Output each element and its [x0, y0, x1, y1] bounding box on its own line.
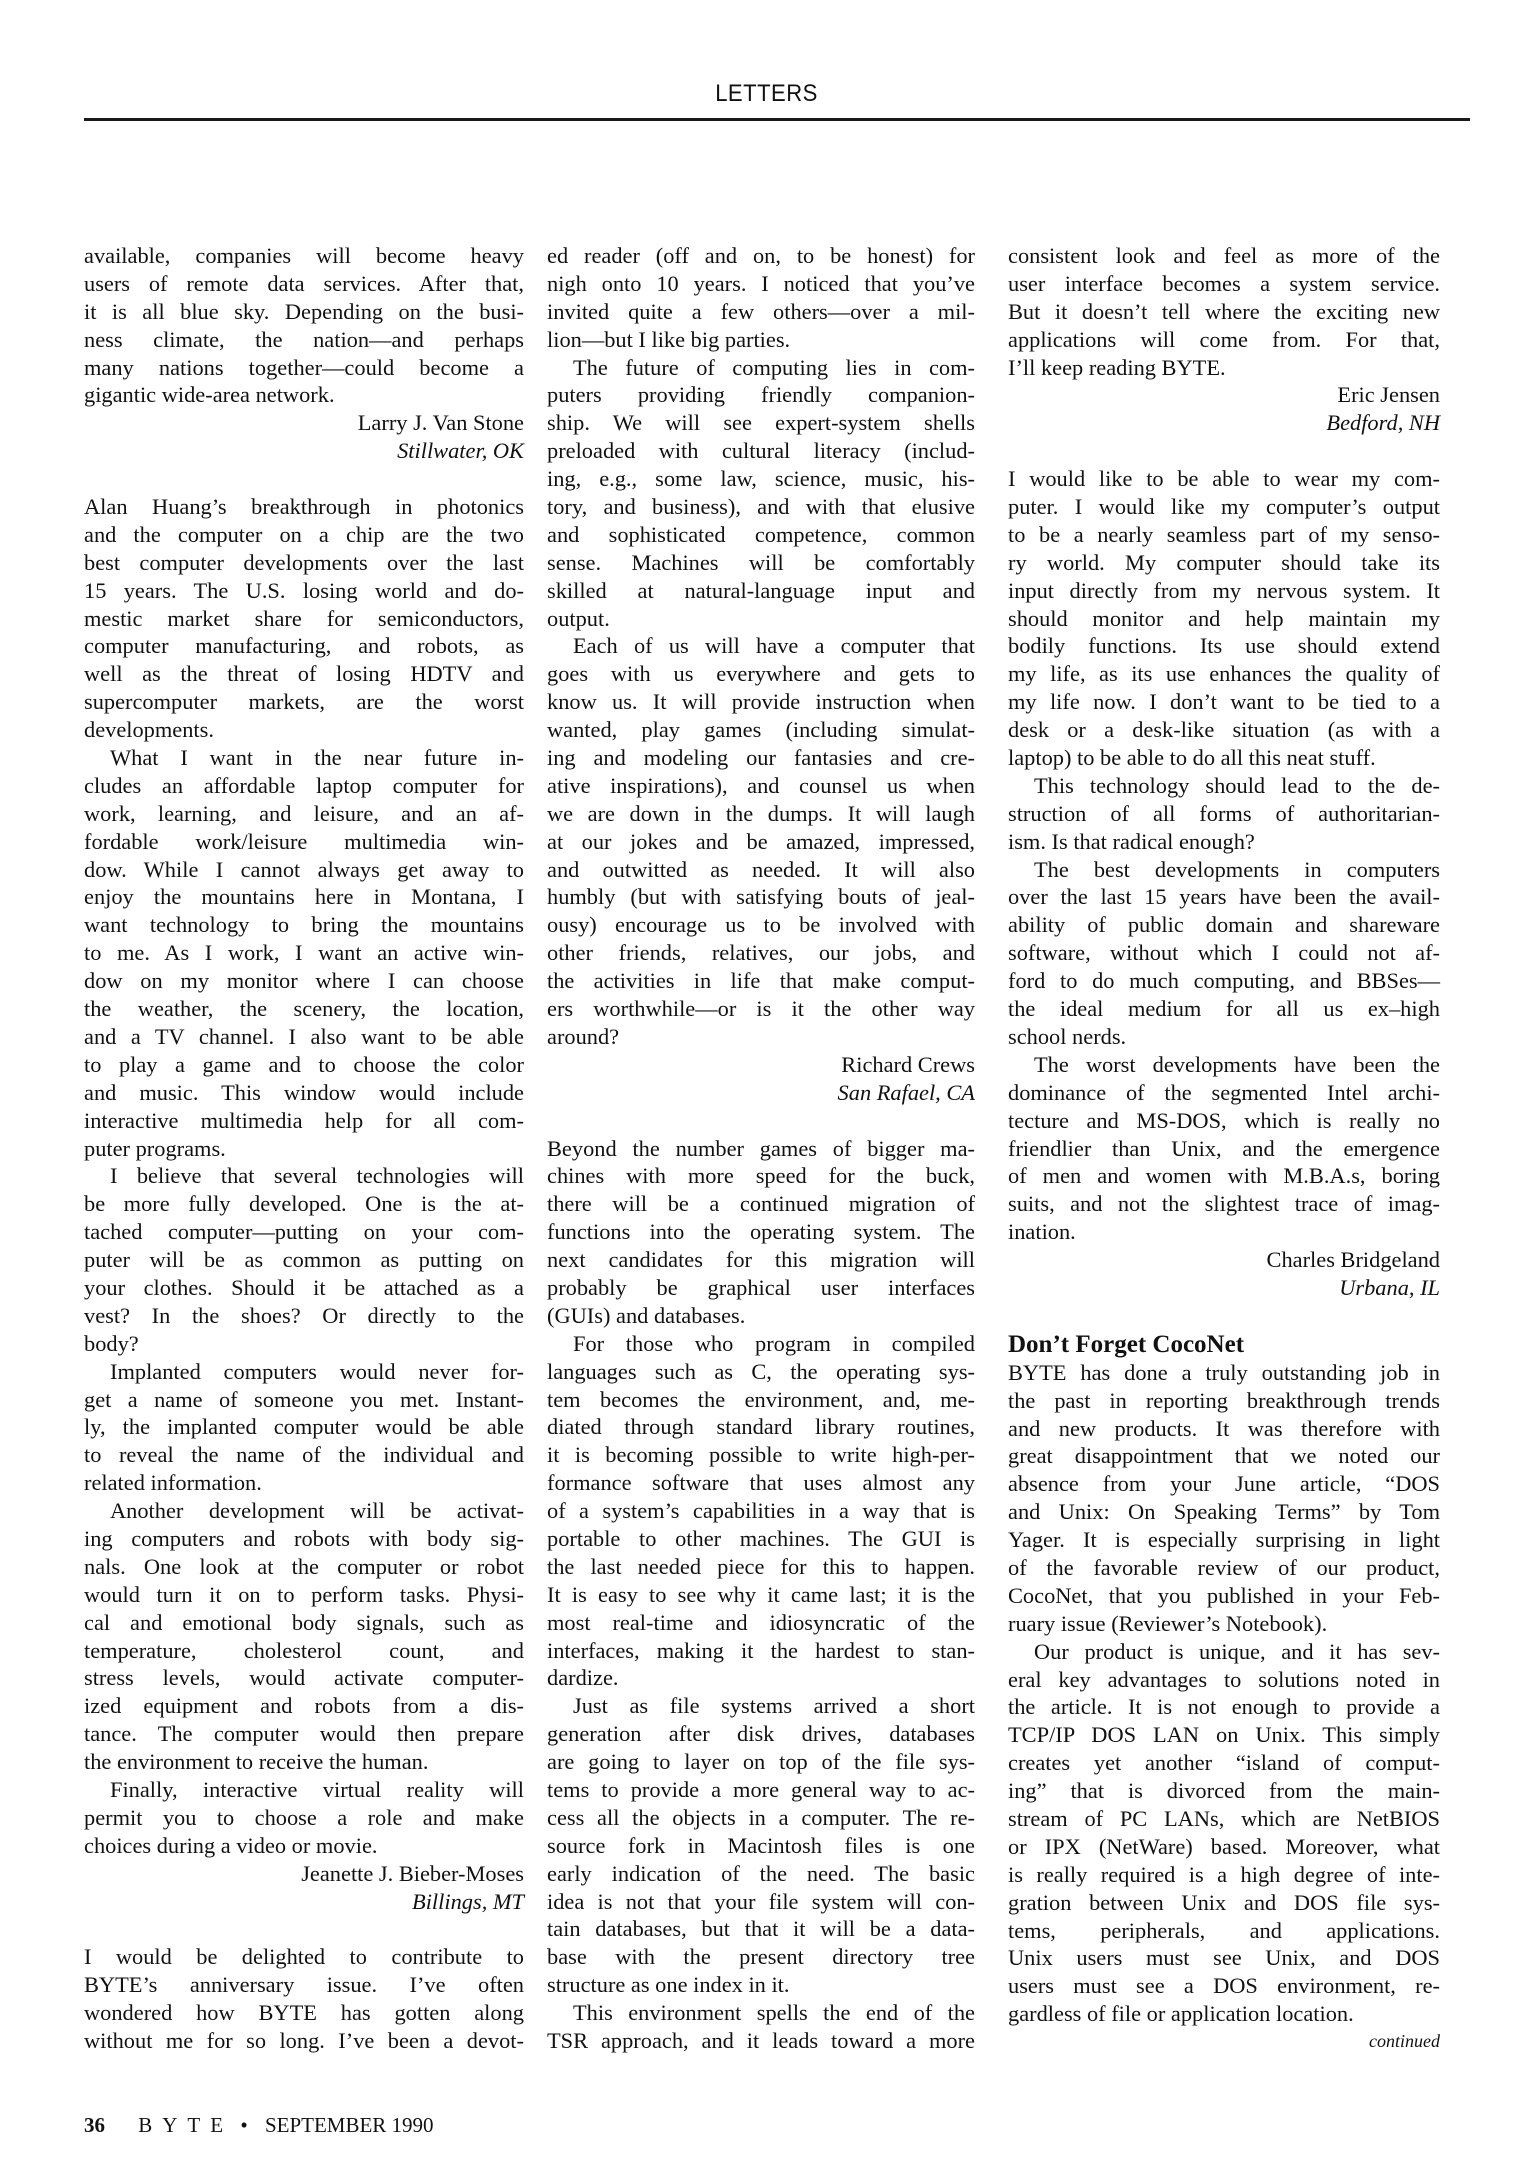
text-line: Another development will be activat-	[84, 1497, 524, 1525]
text-line: It is easy to see why it came last; it i…	[547, 1581, 975, 1609]
text-line: of a system’s capabilities in a way that…	[547, 1497, 975, 1525]
text-line: user interface becomes a system service.	[1008, 270, 1440, 298]
signature-place: Stillwater, OK	[84, 437, 524, 465]
paragraph: Finally, interactive virtual reality wil…	[84, 1776, 524, 1860]
text-line: gardless of file or application location…	[1008, 2000, 1440, 2028]
text-line: input directly from my nervous system. I…	[1008, 577, 1440, 605]
text-line: This technology should lead to the de-	[1008, 772, 1440, 800]
text-line: get a name of someone you met. Instant-	[84, 1386, 524, 1414]
text-line: Our product is unique, and it has sev-	[1008, 1638, 1440, 1666]
signature-place: San Rafael, CA	[547, 1079, 975, 1107]
text-line: related information.	[84, 1469, 524, 1497]
letter-separator	[1008, 1302, 1440, 1330]
text-line: around?	[547, 1023, 975, 1051]
text-line: ing, e.g., some law, science, music, his…	[547, 465, 975, 493]
text-line: dow on my monitor where I can choose	[84, 967, 524, 995]
text-line: struction of all forms of authoritarian-	[1008, 800, 1440, 828]
text-line: next candidates for this migration will	[547, 1246, 975, 1274]
text-line: friendlier than Unix, and the emergence	[1008, 1135, 1440, 1163]
text-line: creates yet another “island of comput-	[1008, 1749, 1440, 1777]
text-line: permit you to choose a role and make	[84, 1804, 524, 1832]
text-line: at our jokes and be amazed, impressed,	[547, 828, 975, 856]
text-line: ed reader (off and on, to be honest) for	[547, 242, 975, 270]
text-line: ing computers and robots with body sig-	[84, 1525, 524, 1553]
paragraph: Beyond the number games of bigger ma-chi…	[547, 1135, 975, 1330]
text-line: is really required is a high degree of i…	[1008, 1861, 1440, 1889]
paragraph: Another development will be activat-ing …	[84, 1497, 524, 1776]
text-line: probably be graphical user interfaces	[547, 1274, 975, 1302]
text-line: other friends, relatives, our jobs, and	[547, 939, 975, 967]
text-line: software, without which I could not af-	[1008, 939, 1440, 967]
text-line: ination.	[1008, 1218, 1440, 1246]
text-line: sense. Machines will be comfortably	[547, 549, 975, 577]
text-line: stress levels, would activate computer-	[84, 1664, 524, 1692]
text-line: know us. It will provide instruction whe…	[547, 688, 975, 716]
text-line: temperature, cholesterol count, and	[84, 1637, 524, 1665]
text-line: tem becomes the environment, and, me-	[547, 1386, 975, 1414]
page-number: 36	[84, 2113, 105, 2137]
text-line: the environment to receive the human.	[84, 1748, 524, 1776]
text-line: supercomputer markets, are the worst	[84, 688, 524, 716]
text-line: early indication of the need. The basic	[547, 1860, 975, 1888]
paragraph: BYTE has done a truly outstanding job in…	[1008, 1359, 1440, 1638]
text-line: well as the threat of losing HDTV and	[84, 660, 524, 688]
text-line: Each of us will have a computer that	[547, 632, 975, 660]
signature-place: Bedford, NH	[1008, 409, 1440, 437]
column-2: ed reader (off and on, to be honest) for…	[547, 242, 975, 2055]
text-line: the weather, the scenery, the location,	[84, 995, 524, 1023]
text-line: puters providing friendly companion-	[547, 381, 975, 409]
text-line: Beyond the number games of bigger ma-	[547, 1135, 975, 1163]
text-line: developments.	[84, 716, 524, 744]
paragraph: ed reader (off and on, to be honest) for…	[547, 242, 975, 354]
text-line: your clothes. Should it be attached as a	[84, 1274, 524, 1302]
text-line: we are down in the dumps. It will laugh	[547, 800, 975, 828]
text-line: portable to other machines. The GUI is	[547, 1525, 975, 1553]
paragraph: The future of computing lies in com-pute…	[547, 354, 975, 633]
text-line: puter will be as common as putting on	[84, 1246, 524, 1274]
text-line: stream of PC LANs, which are NetBIOS	[1008, 1805, 1440, 1833]
text-line: tems to provide a more general way to ac…	[547, 1776, 975, 1804]
text-line: without me for so long. I’ve been a devo…	[84, 2027, 524, 2055]
letter-separator	[84, 465, 524, 493]
text-line: users of remote data services. After tha…	[84, 270, 524, 298]
paragraph: Just as file systems arrived a shortgene…	[547, 1692, 975, 1999]
header-rule	[84, 118, 1470, 121]
text-line: The future of computing lies in com-	[547, 354, 975, 382]
paragraph: Our product is unique, and it has sev-er…	[1008, 1638, 1440, 2028]
text-line: output.	[547, 605, 975, 633]
text-line: humbly (but with satisfying bouts of jea…	[547, 883, 975, 911]
text-line: to be a nearly seamless part of my senso…	[1008, 521, 1440, 549]
text-line: I believe that several technologies will	[84, 1162, 524, 1190]
text-line: ability of public domain and shareware	[1008, 911, 1440, 939]
text-line: tecture and MS-DOS, which is really no	[1008, 1107, 1440, 1135]
text-line: available, companies will become heavy	[84, 242, 524, 270]
text-line: Just as file systems arrived a short	[547, 1692, 975, 1720]
text-line: TCP/IP DOS LAN on Unix. This simply	[1008, 1721, 1440, 1749]
text-line: tory, and business), and with that elusi…	[547, 493, 975, 521]
text-line: ford to do much computing, and BBSes—	[1008, 967, 1440, 995]
text-line: to me. As I work, I want an active win-	[84, 939, 524, 967]
text-line: to reveal the name of the individual and	[84, 1441, 524, 1469]
text-line: my life, as its use enhances the quality…	[1008, 660, 1440, 688]
text-line: of men and women with M.B.A.s, boring	[1008, 1162, 1440, 1190]
continued-marker: continued	[1008, 2028, 1440, 2054]
text-line: languages such as C, the operating sys-	[547, 1358, 975, 1386]
text-line: tached computer—putting on your com-	[84, 1218, 524, 1246]
text-line: source fork in Macintosh files is one	[547, 1832, 975, 1860]
text-line: wondered how BYTE has gotten along	[84, 1999, 524, 2027]
paragraph: For those who program in compiledlanguag…	[547, 1330, 975, 1693]
text-line: I would like to be able to wear my com-	[1008, 465, 1440, 493]
text-line: the article. It is not enough to provide…	[1008, 1693, 1440, 1721]
text-line: tain databases, but that it will be a da…	[547, 1915, 975, 1943]
text-line: choices during a video or movie.	[84, 1832, 524, 1860]
text-line: puter. I would like my computer’s output	[1008, 493, 1440, 521]
signature-name: Richard Crews	[547, 1051, 975, 1079]
text-line: But it doesn’t tell where the exciting n…	[1008, 298, 1440, 326]
text-line: and new products. It was therefore with	[1008, 1415, 1440, 1443]
text-line: the ideal medium for all us ex–high	[1008, 995, 1440, 1023]
issue-date: SEPTEMBER 1990	[265, 2113, 434, 2137]
text-line: bodily functions. Its use should extend	[1008, 632, 1440, 660]
signature-place: Billings, MT	[84, 1888, 524, 1916]
signature-place: Urbana, IL	[1008, 1274, 1440, 1302]
text-line: nals. One look at the computer or robot	[84, 1553, 524, 1581]
text-line: eral key advantages to solutions noted i…	[1008, 1666, 1440, 1694]
letter-separator	[547, 1107, 975, 1135]
text-line: Alan Huang’s breakthrough in photonics	[84, 493, 524, 521]
text-line: diated through standard library routines…	[547, 1413, 975, 1441]
text-line: chines with more speed for the buck,	[547, 1162, 975, 1190]
text-line: goes with us everywhere and gets to	[547, 660, 975, 688]
text-line: my life now. I don’t want to be tied to …	[1008, 688, 1440, 716]
column-1: available, companies will become heavyus…	[84, 242, 524, 2055]
text-line: are going to layer on top of the file sy…	[547, 1748, 975, 1776]
text-line: to play a game and to choose the color	[84, 1051, 524, 1079]
text-line: dardize.	[547, 1664, 975, 1692]
text-line: dow. While I cannot always get away to	[84, 856, 524, 884]
text-line: The worst developments have been the	[1008, 1051, 1440, 1079]
letter-headline: Don’t Forget CocoNet	[1008, 1330, 1440, 1359]
text-line: and sophisticated competence, common	[547, 521, 975, 549]
text-line: Finally, interactive virtual reality wil…	[84, 1776, 524, 1804]
text-line: ship. We will see expert-system shells	[547, 409, 975, 437]
text-line: generation after disk drives, databases	[547, 1720, 975, 1748]
text-line: Unix users must see Unix, and DOS	[1008, 1944, 1440, 1972]
text-line: skilled at natural-language input and	[547, 577, 975, 605]
text-line: the activities in life that make comput-	[547, 967, 975, 995]
text-line: many nations together—could become a	[84, 354, 524, 382]
text-line: TSR approach, and it leads toward a more	[547, 2027, 975, 2055]
text-line: ism. Is that radical enough?	[1008, 828, 1440, 856]
text-line: the past in reporting breakthrough trend…	[1008, 1387, 1440, 1415]
text-line: cal and emotional body signals, such as	[84, 1609, 524, 1637]
paragraph: I would like to be able to wear my com-p…	[1008, 465, 1440, 772]
text-line: BYTE has done a truly outstanding job in	[1008, 1359, 1440, 1387]
signature-name: Larry J. Van Stone	[84, 409, 524, 437]
text-line: work, learning, and leisure, and an af-	[84, 800, 524, 828]
text-line: and the computer on a chip are the two	[84, 521, 524, 549]
text-line: absence from your June article, “DOS	[1008, 1470, 1440, 1498]
text-line: it is becoming possible to write high-pe…	[547, 1441, 975, 1469]
text-line: ative inspirations), and counsel us when	[547, 772, 975, 800]
text-line: gration between Unix and DOS file sys-	[1008, 1889, 1440, 1917]
text-line: ers worthwhile—or is it the other way	[547, 995, 975, 1023]
text-line: (GUIs) and databases.	[547, 1302, 975, 1330]
signature-name: Eric Jensen	[1008, 381, 1440, 409]
text-line: vest? In the shoes? Or directly to the	[84, 1302, 524, 1330]
text-line: body?	[84, 1330, 524, 1358]
paragraph: The best developments in computersover t…	[1008, 856, 1440, 1051]
text-line: I would be delighted to contribute to	[84, 1943, 524, 1971]
paragraph: I believe that several technologies will…	[84, 1162, 524, 1357]
text-line: interfaces, making it the hardest to sta…	[547, 1637, 975, 1665]
text-line: base with the present directory tree	[547, 1943, 975, 1971]
text-line: nigh onto 10 years. I noticed that you’v…	[547, 270, 975, 298]
text-line: and outwitted as needed. It will also	[547, 856, 975, 884]
column-3: consistent look and feel as more of theu…	[1008, 242, 1440, 2054]
text-line: This environment spells the end of the	[547, 1999, 975, 2027]
letter-separator	[1008, 437, 1440, 465]
text-line: suits, and not the slightest trace of im…	[1008, 1190, 1440, 1218]
text-line: formance software that uses almost any	[547, 1469, 975, 1497]
text-line: gigantic wide-area network.	[84, 381, 524, 409]
signature-name: Charles Bridgeland	[1008, 1246, 1440, 1274]
text-line: best computer developments over the last	[84, 549, 524, 577]
text-line: tance. The computer would then prepare	[84, 1720, 524, 1748]
text-line: structure as one index in it.	[547, 1971, 975, 1999]
paragraph: I would be delighted to contribute toBYT…	[84, 1943, 524, 2055]
text-line: lion—but I like big parties.	[547, 326, 975, 354]
text-line: ruary issue (Reviewer’s Notebook).	[1008, 1610, 1440, 1638]
text-line: I’ll keep reading BYTE.	[1008, 354, 1440, 382]
text-line: preloaded with cultural literacy (includ…	[547, 437, 975, 465]
text-line: users must see a DOS environment, re-	[1008, 1972, 1440, 2000]
text-line: cludes an affordable laptop computer for	[84, 772, 524, 800]
text-line: school nerds.	[1008, 1023, 1440, 1051]
text-line: 15 years. The U.S. losing world and do-	[84, 577, 524, 605]
text-line: there will be a continued migration of	[547, 1190, 975, 1218]
text-line: wanted, play games (including simulat-	[547, 716, 975, 744]
text-line: and a TV channel. I also want to be able	[84, 1023, 524, 1051]
text-line: laptop) to be able to do all this neat s…	[1008, 744, 1440, 772]
text-line: should monitor and help maintain my	[1008, 605, 1440, 633]
page-footer: 36 BYTE • SEPTEMBER 1990	[84, 2113, 434, 2138]
text-line: or IPX (NetWare) based. Moreover, what	[1008, 1833, 1440, 1861]
text-line: For those who program in compiled	[547, 1330, 975, 1358]
text-line: CocoNet, that you published in your Feb-	[1008, 1582, 1440, 1610]
text-line: ousy) encourage us to be involved with	[547, 911, 975, 939]
text-line: cess all the objects in a computer. The …	[547, 1804, 975, 1832]
text-line: ing” that is divorced from the main-	[1008, 1777, 1440, 1805]
text-line: The best developments in computers	[1008, 856, 1440, 884]
text-line: invited quite a few others—over a mil-	[547, 298, 975, 326]
footer-separator: •	[240, 2113, 247, 2137]
section-title: LETTERS	[61, 80, 1471, 108]
text-line: BYTE’s anniversary issue. I’ve often	[84, 1971, 524, 1999]
text-line: great disappointment that we noted our	[1008, 1442, 1440, 1470]
text-line: want technology to bring the mountains	[84, 911, 524, 939]
text-line: Implanted computers would never for-	[84, 1358, 524, 1386]
paragraph: available, companies will become heavyus…	[84, 242, 524, 409]
paragraph: The worst developments have been thedomi…	[1008, 1051, 1440, 1246]
text-line: and music. This window would include	[84, 1079, 524, 1107]
text-line: ness climate, the nation—and perhaps	[84, 326, 524, 354]
text-line: Yager. It is especially surprising in li…	[1008, 1526, 1440, 1554]
text-line: desk or a desk-like situation (as with a	[1008, 716, 1440, 744]
text-line: of the favorable review of our product,	[1008, 1554, 1440, 1582]
text-line: the last needed piece for this to happen…	[547, 1553, 975, 1581]
text-line: fordable work/leisure multimedia win-	[84, 828, 524, 856]
text-line: consistent look and feel as more of the	[1008, 242, 1440, 270]
text-line: puter programs.	[84, 1135, 524, 1163]
text-line: most real-time and idiosyncratic of the	[547, 1609, 975, 1637]
text-line: ly, the implanted computer would be able	[84, 1413, 524, 1441]
paragraph: Each of us will have a computer thatgoes…	[547, 632, 975, 1050]
paragraph: This technology should lead to the de-st…	[1008, 772, 1440, 856]
paragraph: Alan Huang’s breakthrough in photonicsan…	[84, 493, 524, 744]
signature-name: Jeanette J. Bieber-Moses	[84, 1860, 524, 1888]
paragraph: Implanted computers would never for-get …	[84, 1358, 524, 1497]
text-line: ry world. My computer should take its	[1008, 549, 1440, 577]
text-line: would turn it on to perform tasks. Physi…	[84, 1581, 524, 1609]
text-line: and Unix: On Speaking Terms” by Tom	[1008, 1498, 1440, 1526]
text-line: What I want in the near future in-	[84, 744, 524, 772]
text-line: mestic market share for semiconductors,	[84, 605, 524, 633]
paragraph: consistent look and feel as more of theu…	[1008, 242, 1440, 381]
text-line: interactive multimedia help for all com-	[84, 1107, 524, 1135]
text-line: tems, peripherals, and applications.	[1008, 1917, 1440, 1945]
letter-separator	[84, 1915, 524, 1943]
text-line: functions into the operating system. The	[547, 1218, 975, 1246]
text-line: over the last 15 years have been the ava…	[1008, 883, 1440, 911]
paragraph: What I want in the near future in-cludes…	[84, 744, 524, 1162]
text-line: computer manufacturing, and robots, as	[84, 632, 524, 660]
text-line: it is all blue sky. Depending on the bus…	[84, 298, 524, 326]
text-line: dominance of the segmented Intel archi-	[1008, 1079, 1440, 1107]
text-line: applications will come from. For that,	[1008, 326, 1440, 354]
text-line: ing and modeling our fantasies and cre-	[547, 744, 975, 772]
magazine-name: BYTE	[138, 2113, 233, 2137]
text-line: enjoy the mountains here in Montana, I	[84, 883, 524, 911]
text-line: ized equipment and robots from a dis-	[84, 1692, 524, 1720]
paragraph: This environment spells the end of theTS…	[547, 1999, 975, 2055]
text-line: idea is not that your file system will c…	[547, 1888, 975, 1916]
text-line: be more fully developed. One is the at-	[84, 1190, 524, 1218]
